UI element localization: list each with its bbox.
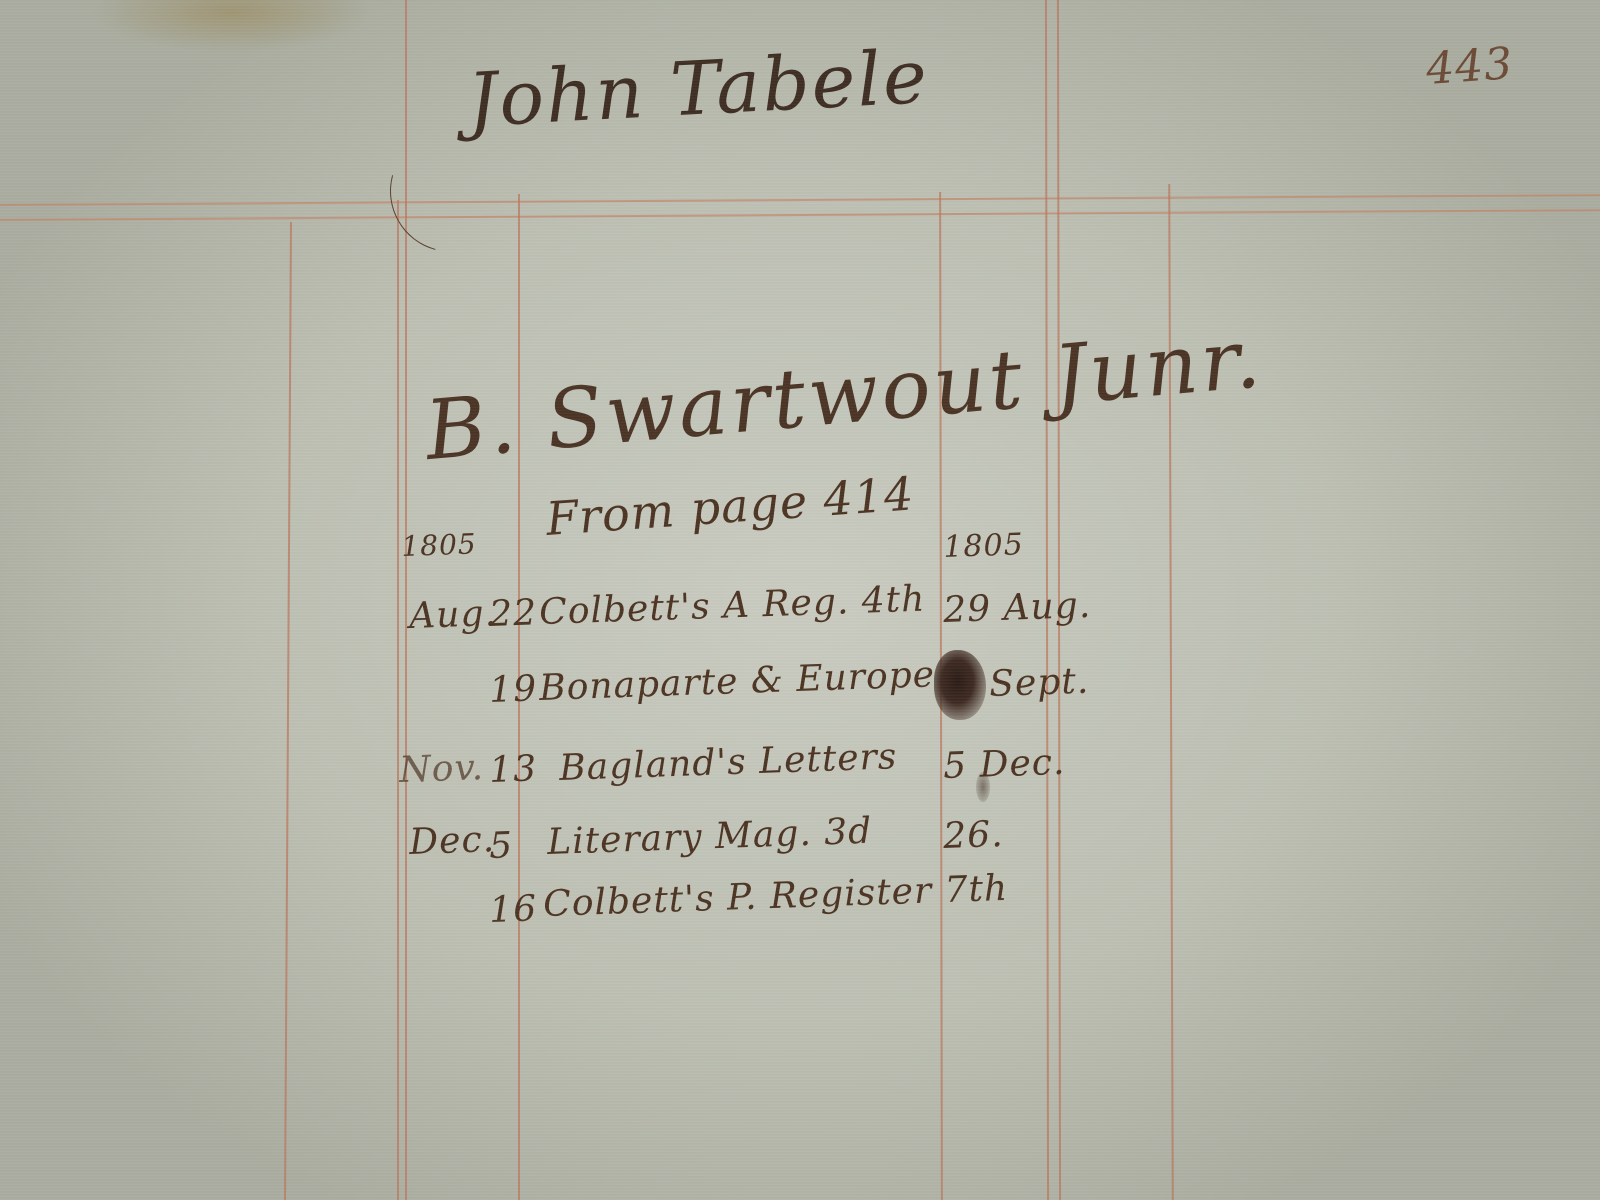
- entry-day: 19: [489, 668, 538, 711]
- entry-description: Colbett's A Reg. 4th: [539, 579, 926, 633]
- column-rule: [284, 222, 291, 1200]
- entry-ref-date: 5 Dec.: [943, 742, 1066, 787]
- account-carried-from: From page 414: [544, 466, 916, 546]
- page-number: 443: [1424, 38, 1514, 95]
- entry-ref-date: 29 Aug.: [943, 585, 1092, 631]
- entry-month: Nov.: [399, 747, 485, 791]
- ink-smudge: [976, 772, 990, 802]
- entry-day: 22: [489, 592, 538, 635]
- entry-description: Literary Mag. 3d: [547, 811, 873, 863]
- entry-ref-date: Sept.: [989, 661, 1090, 705]
- entry-ref-date: 26.: [943, 814, 1005, 857]
- page-heading: John Tabele: [465, 34, 930, 144]
- entry-day: 16: [489, 888, 538, 931]
- entry-day: 5: [489, 825, 514, 867]
- year-left: 1805: [401, 527, 477, 563]
- ledger-page: John Tabele 443 B. Swartwout Junr. From …: [0, 0, 1600, 1200]
- entry-description: Colbett's P. Register 7th: [543, 868, 1009, 925]
- entry-month: Aug.: [409, 593, 498, 637]
- entry-month: Dec.: [409, 819, 496, 863]
- entry-description: Bagland's Letters: [559, 736, 898, 789]
- year-right: 1805: [943, 527, 1025, 565]
- entry-day: 13: [489, 748, 538, 791]
- entry-description: Bonaparte & Europe: [539, 654, 936, 709]
- account-name: B. Swartwout Junr.: [422, 311, 1267, 479]
- header-rule-top: [0, 194, 1600, 205]
- margin-rule: [397, 200, 399, 1200]
- header-rule-bottom: [0, 209, 1600, 220]
- ink-blot: [934, 650, 986, 720]
